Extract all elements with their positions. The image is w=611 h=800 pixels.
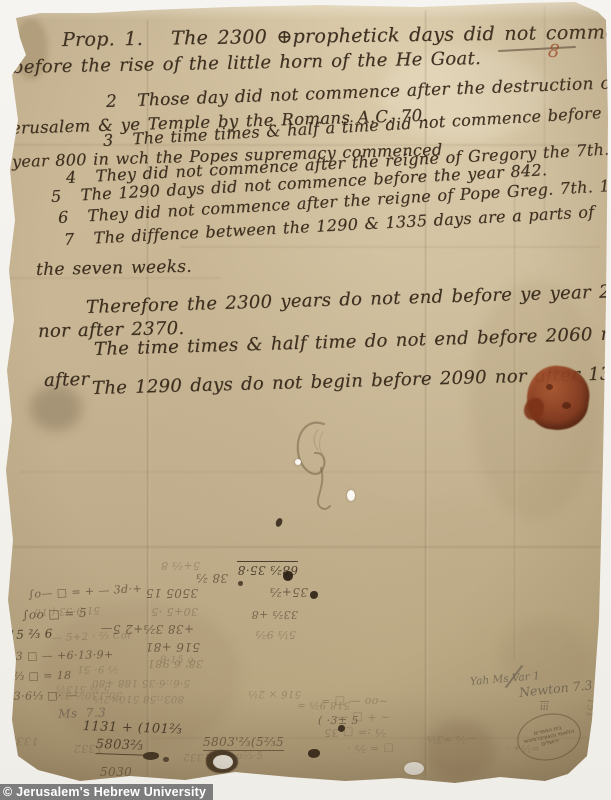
calculation-scribble: 5⅔ □ = 18 xyxy=(6,669,72,683)
handwriting-line: Prop. 1. The 2300 ⊕prophetick days did n… xyxy=(62,21,611,51)
calculation-scribble: ⅔ := □ 35 xyxy=(324,726,386,739)
paper-hole xyxy=(213,755,233,769)
calculation-scribble: 35+⅔ xyxy=(269,585,308,599)
ink-blot xyxy=(275,517,284,528)
wax-seal-pit xyxy=(546,384,553,390)
manuscript-paper: Prop. 1. The 2300 ⊕prophetick days did n… xyxy=(0,0,611,786)
calculation-scribble: 803::58 510×2⅓ xyxy=(93,693,184,704)
calculation-scribble: 38 ⅔ xyxy=(196,571,228,585)
fold-crease xyxy=(513,150,518,660)
calculation-scribble: 5⅓ 9⅔ xyxy=(255,628,296,641)
calculation-scribble: 516 +81 xyxy=(145,640,200,654)
library-stamp: בית הספרים הלאומי והאוניברסיטאי ירושלים xyxy=(513,708,585,766)
credit-bar: © Jerusalem's Hebrew University xyxy=(0,784,213,800)
calculation-scribble: 516 × 2⅓ xyxy=(248,688,301,699)
calculation-scribble: +38 3⅔+2 5— xyxy=(100,622,194,636)
calculation-scribble: 1332 xyxy=(8,734,38,748)
ink-blot xyxy=(163,757,169,762)
calculation-scribble: 5+⅔ 8 xyxy=(161,559,200,572)
pen-underline xyxy=(498,46,576,52)
ink-blot xyxy=(308,749,320,758)
manuscript-photo: Prop. 1. The 2300 ⊕prophetick days did n… xyxy=(0,0,611,800)
fold-crease xyxy=(180,245,600,249)
fold-crease xyxy=(10,545,600,549)
calculation-scribble: 3505 15 xyxy=(146,586,198,600)
calculation-scribble: 30+5 ·5 xyxy=(151,605,198,618)
calculation-scribble: 38' 6 981 xyxy=(147,657,203,670)
pen-flourish xyxy=(288,416,344,516)
calculation-scribble: 15 ⅔ 6 xyxy=(8,626,53,642)
calculation-scribble: 5030 xyxy=(100,765,132,779)
calculation-scribble: ~ + □ — xyxy=(337,711,390,724)
handwriting-line: after xyxy=(44,369,90,391)
page-number: 8 xyxy=(547,41,560,63)
paper-stain xyxy=(30,385,82,431)
calculation-scribble: □ = ⅔ · xyxy=(347,742,394,755)
calculation-scribble: 5·6::6·35 188 +80 xyxy=(92,677,190,688)
calculation-scribble: 151 xyxy=(584,698,596,719)
ink-blot xyxy=(143,752,159,760)
calculation-scribble: ∫o— □ = + — 3d·+ xyxy=(28,582,142,601)
calculation-scribble: 51·9·53·(.16 xyxy=(34,604,100,617)
ink-blot xyxy=(283,571,293,581)
calculation-scribble: 5803'⅔(5⅔5 xyxy=(203,735,284,751)
ink-blot xyxy=(310,591,318,599)
paper-hole xyxy=(347,490,355,501)
paper-hole xyxy=(404,762,424,775)
calculation-scribble: +3 □ — +6·13·9+ xyxy=(6,648,114,663)
calculation-scribble: —⅔ =3⅓ xyxy=(426,733,476,744)
paper-stain xyxy=(425,720,495,780)
catalog-number-sub: iii xyxy=(540,701,549,713)
photo-credit: © Jerusalem's Hebrew University xyxy=(3,785,206,799)
handwriting-line: the seven weeks. xyxy=(36,257,192,280)
calculation-scribble: ⅔ 9· 51 xyxy=(77,663,118,674)
calculation-scribble: 33⅔ +8 xyxy=(251,608,298,621)
ink-blot xyxy=(238,581,243,586)
calculation-scribble: ~oo — □ = xyxy=(321,695,388,708)
calculation-scribble: 1332 xyxy=(73,742,103,755)
paper-hole xyxy=(295,459,301,465)
wax-seal-pit xyxy=(562,402,571,409)
